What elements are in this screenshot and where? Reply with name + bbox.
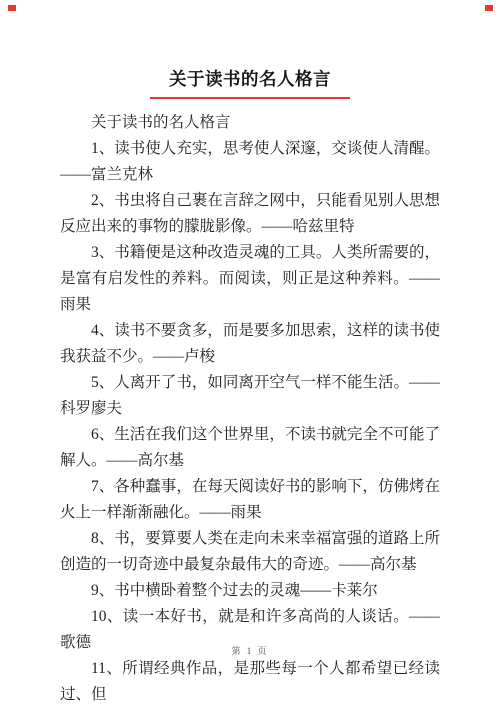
intro-line: 关于读书的名人格言: [60, 110, 440, 136]
document-body: 关于读书的名人格言 1、读书使人充实，思考使人深邃，交谈使人清醒。——富兰克林2…: [60, 110, 440, 708]
quote-paragraph: 2、书虫将自己裹在言辞之网中，只能看见别人思想反应出来的事物的朦胧影像。——哈兹…: [60, 188, 440, 240]
quote-paragraph: 3、书籍便是这种改造灵魂的工具。人类所需要的，是富有启发性的养料。而阅读，则正是…: [60, 240, 440, 318]
quote-paragraph: 4、读书不要贪多，而是要多加思索，这样的读书使我获益不少。——卢梭: [60, 318, 440, 370]
quote-paragraph: 11、所谓经典作品，是那些每一个人都希望已经读过、但: [60, 656, 440, 708]
red-corner-mark-left: [8, 5, 16, 11]
red-corner-mark-right: [485, 5, 493, 11]
document-page: 关于读书的名人格言 关于读书的名人格言 1、读书使人充实，思考使人深邃，交谈使人…: [0, 0, 500, 708]
quote-paragraph: 1、读书使人充实，思考使人深邃，交谈使人清醒。——富兰克林: [60, 136, 440, 188]
quote-paragraph: 9、书中横卧着整个过去的灵魂——卡莱尔: [60, 578, 440, 604]
quote-paragraph: 6、生活在我们这个世界里，不读书就完全不可能了解人。——高尔基: [60, 422, 440, 474]
page-title: 关于读书的名人格言: [0, 67, 500, 91]
quote-paragraph: 7、各种蠢事，在每天阅读好书的影响下，仿佛烤在火上一样渐渐融化。——雨果: [60, 474, 440, 526]
quote-list: 1、读书使人充实，思考使人深邃，交谈使人清醒。——富兰克林2、书虫将自己裹在言辞…: [60, 136, 440, 708]
page-number-label: 第 1 页: [0, 644, 500, 657]
quote-paragraph: 5、人离开了书，如同离开空气一样不能生活。——科罗廖夫: [60, 370, 440, 422]
title-underline-rule: [150, 97, 350, 99]
quote-paragraph: 8、书，要算要人类在走向未来幸福富强的道路上所创造的一切奇迹中最复杂最伟大的奇迹…: [60, 526, 440, 578]
